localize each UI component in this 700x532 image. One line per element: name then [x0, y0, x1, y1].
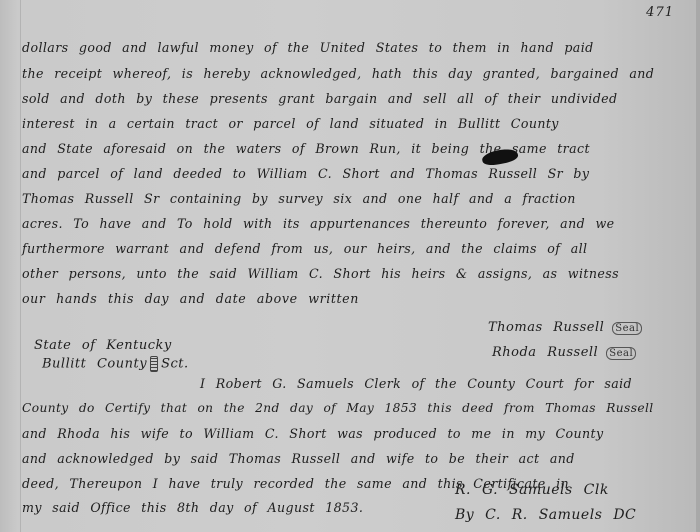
- county-name: Bullitt County: [42, 357, 147, 372]
- venue-state: State of Kentucky: [34, 338, 172, 353]
- certificate-line: County do Certify that on the 2nd day of…: [22, 401, 654, 415]
- deed-line: dollars good and lawful money of the Uni…: [22, 40, 594, 55]
- certificate-line: I Robert G. Samuels Clerk of the County …: [200, 376, 632, 391]
- signature-thomas-russell: Thomas RussellSeal: [488, 320, 642, 335]
- venue-county: Bullitt CountySct.: [42, 356, 189, 372]
- signature-rhoda-russell: Rhoda RussellSeal: [492, 345, 636, 360]
- deed-line: other persons, unto the said William C. …: [22, 266, 619, 281]
- page-number: 471: [646, 5, 674, 20]
- deed-line: interest in a certain tract or parcel of…: [22, 116, 559, 131]
- deed-line: Thomas Russell Sr containing by survey s…: [22, 191, 576, 206]
- signature-name: Rhoda Russell: [492, 345, 598, 360]
- deed-line: the receipt whereof, is hereby acknowled…: [22, 66, 654, 81]
- seal-icon: Seal: [606, 347, 636, 360]
- deputy-clerk-signature: By C. R. Samuels DC: [455, 507, 636, 523]
- certificate-line: my said Office this 8th day of August 18…: [22, 500, 363, 515]
- deed-line: furthermore warrant and defend from us, …: [22, 241, 587, 256]
- signature-name: Thomas Russell: [488, 320, 604, 335]
- deed-record-page: 471 dollars good and lawful money of the…: [0, 0, 700, 532]
- deed-line: acres. To have and To hold with its appu…: [22, 216, 615, 231]
- certificate-line: and acknowledged by said Thomas Russell …: [22, 451, 575, 466]
- deed-line: sold and doth by these presents grant ba…: [22, 91, 618, 106]
- scroll-bracket-icon: [150, 356, 158, 372]
- deed-line: and parcel of land deeded to William C. …: [22, 166, 589, 181]
- deed-line: our hands this day and date above writte…: [22, 291, 359, 306]
- scilicet: Sct.: [161, 357, 189, 372]
- seal-icon: Seal: [612, 322, 642, 335]
- certificate-line: and Rhoda his wife to William C. Short w…: [22, 426, 604, 441]
- clerk-signature: R. G. Samuels Clk: [455, 482, 609, 498]
